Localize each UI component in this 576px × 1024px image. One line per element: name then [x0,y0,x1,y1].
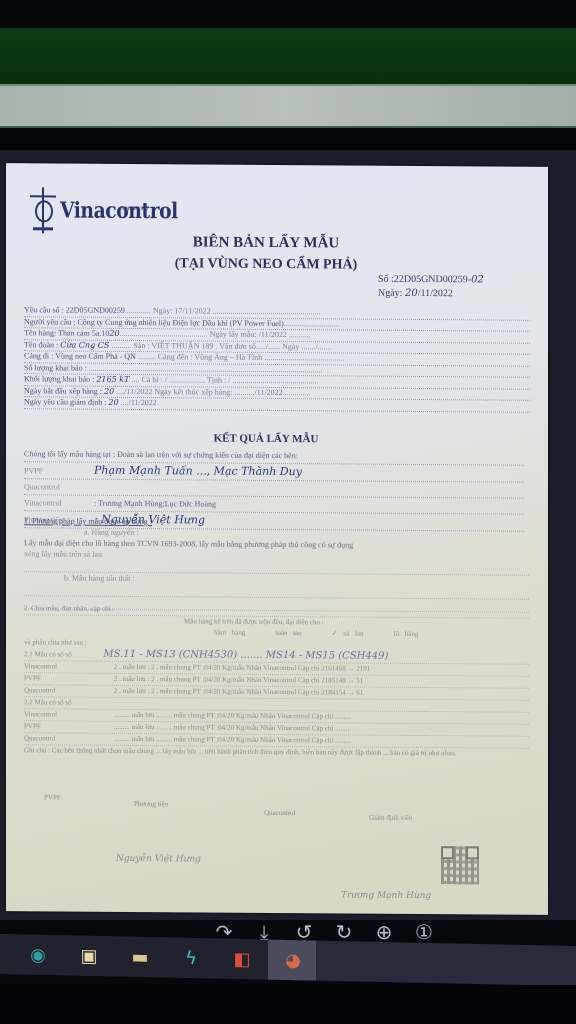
field-label: Người yêu cầu : Công ty Cung ứng nhiên l… [24,317,284,328]
witness-label: Vinacontrol [24,495,94,510]
field-rest: .......... Sàn : VIỆT THUẬN 189 . Vận đơ… [109,340,331,351]
sample-label: Quacontrol [24,685,114,697]
edge-icon[interactable]: ◉ [24,940,52,969]
document-date: Ngày: 20/11/2022 [378,288,453,300]
field-label: Tên hàng: Than cám 5a.10 [24,328,109,338]
field-handwritten: 2165 kT [96,375,129,384]
sample-label: Vinacontrol [24,661,114,673]
sample-text: ......... mẫu lưu ......... mẫu chung PT… [114,735,351,745]
division-option: lô hàng [394,630,419,638]
window-title-bar [0,28,576,84]
field-label: Tên đoàn : [24,340,60,349]
field-label: Yêu cầu số : 22D05GND00259 [24,305,125,315]
signature-block: PVPF Phương tiện Quacontrol Giám định vi… [24,793,529,797]
field-handwritten: 20 [108,398,118,407]
office-icon[interactable]: ◧ [228,945,256,974]
field-label: Số lượng khai báo : [24,363,87,372]
sample-text: ......... mẫu lưu ......... mẫu chung PT… [114,723,351,733]
division-option: toàn tàu [275,629,301,637]
division-option: hầm hàng [214,629,245,637]
document-number: Số :22D05GND00259-02 [378,274,484,286]
field-handwritten: Cừa Cng CS [60,340,109,349]
vinacontrol-logo: Vinacontrol [30,187,199,234]
result-title: KẾT QUẢ LẤY MẪU [6,431,526,447]
division-option: ✓ sà lan [332,629,364,637]
field-rest: /11/2022 ........... [259,330,311,339]
sample-division: 2. Chia mẫu, đán nhãn, cặp chì : Mẫu hàn… [24,603,529,760]
field-handwritten: 20 [109,329,119,338]
field-label: Ngày bắt đầu xếp hàng : [24,386,104,396]
scales-icon [30,187,56,233]
sample-text: 2 . mẫu lưu : 2 . mẫu chung PT :04/20 Kg… [114,687,363,697]
sampling-method: 1. Phương pháp lấy mẫu được áp dụng : a.… [24,515,529,613]
taskbar: ◉▣▬ϟ◧◕ [0,934,576,986]
sample-label: PVPF [24,721,114,733]
field-rest: ........................................… [120,329,259,339]
sample-label: Quacontrol [24,733,114,745]
power-automate-icon[interactable]: ϟ [177,944,205,973]
field-rest: ......... Cảng đến : Vũng Áng – Hà Tĩnh … [136,352,344,362]
qr-code [441,846,479,884]
witness-label: Quacontrol [24,479,94,494]
top-bezel [0,0,576,28]
witness-label: PVPF [24,463,94,478]
chrome-icon[interactable]: ◕ [279,946,307,975]
field-rest: ............. Ngày: 17/11/2022 .........… [125,306,321,316]
file-explorer-icon[interactable]: ▬ [126,943,154,972]
request-fields: Yêu cầu số : 22D05GND00259............. … [24,305,530,412]
field-rest: ..../11/2022 Ngày kết thúc xếp hàng: ...… [114,386,311,396]
witness-value: Phạm Mạnh Tuấn ..., Mạc Thành Duy [94,464,302,478]
signature-phuong-tien: Nguyễn Việt Hưng [116,854,201,865]
sample-label: PVPF [24,673,114,685]
bottom-bezel [0,985,576,1024]
document-subtitle: (TẠI VÙNG NEO CẨM PHẢ) [6,255,526,275]
logo-text: Vinacontrol [60,197,178,224]
field-rest: .... Cà bì : / .................. Tịnh :… [129,375,318,385]
sample-text: 2 . mẫu lưu : 2 . mẫu chung PT :04/20 Kg… [114,675,363,685]
sample-text: 2 . mẫu lưu : 2 . mẫu chung PT :04/20 Kg… [114,663,370,673]
field-handwritten: 20 [104,386,114,395]
field-label: Khối lượng khai báo : [24,374,96,384]
field-label: Cảng đi : Vùng neo Cẩm Phả - QN [24,351,136,361]
field-rest: ........................................… [87,363,323,374]
field-rest: ..../11/2022 [119,398,157,407]
signature-giam-dinh: Trương Mạnh Hùng [341,890,431,901]
window-menu-bar [0,84,576,128]
logo-since: SINCE 1957 [121,206,149,212]
witness-value: : Trương Mạnh Hùng;Lục Đức Hoàng [94,499,216,509]
sample-text: ......... mẫu lưu ......... mẫu chung PT… [114,711,351,721]
sample-label: Vinacontrol [24,709,114,721]
field-rest: ............................ [284,319,340,328]
store-icon[interactable]: ▣ [75,942,103,971]
document-page: Vinacontrol SINCE 1957 BIÊN BẢN LẤY MẪU … [6,163,548,915]
document-title: BIÊN BẢN LẤY MẪU [6,233,526,254]
sample-label: 2.2 Mẫu có số số [24,697,114,709]
field-row: Ngày yêu cầu giám định : 20 ..../11/2022 [24,397,530,412]
field-label: Ngày yêu cầu giám định : [24,397,108,407]
division-note: Ghi chú : Các bên thống nhất chọn mẫu ch… [24,745,529,760]
